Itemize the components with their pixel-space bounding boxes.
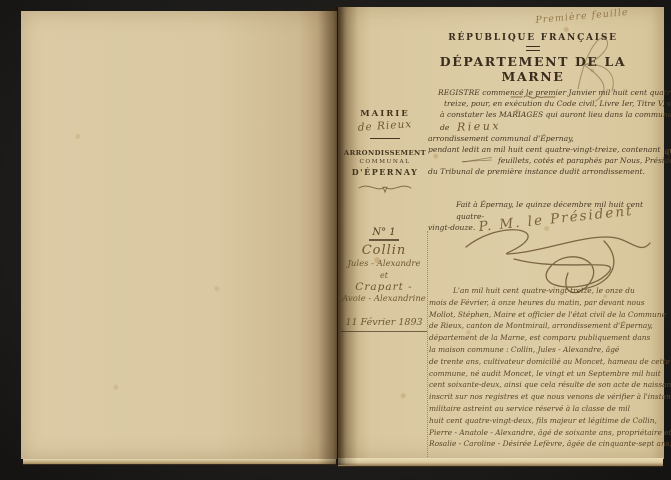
- act-line: huit cent quatre-vingt-deux, fils majeur…: [429, 415, 665, 427]
- form-contenant-text: pendant ledit an mil huit cent quatre-vi…: [428, 145, 660, 154]
- form-line-contenant: pendant ledit an mil huit cent quatre-vi…: [428, 144, 666, 155]
- stamp-rule: [370, 138, 400, 139]
- register-opening-paragraph: REGISTRE commencé le premier Janvier mil…: [428, 87, 666, 178]
- margin-act-entry: N° 1 Collin Jules - Alexandre et Crapart…: [338, 227, 430, 332]
- marriage-act-text: L'an mil huit cent quatre-vingt-treize, …: [429, 285, 665, 450]
- handwritten-folio-count: quinze: [664, 142, 671, 157]
- act-line: de Rieux, canton de Montmirail, arrondis…: [429, 320, 665, 332]
- act-line: la maison commune : Collin, Jules - Alex…: [429, 344, 665, 356]
- conjunction-et: et: [338, 271, 430, 280]
- groom-given-names: Jules - Alexandre: [338, 259, 430, 269]
- stamp-arrondissement-label: ARRONDISSEMENT: [342, 149, 428, 157]
- form-line-commune: deRieux: [428, 121, 666, 133]
- handwritten-commune-name: Rieux: [457, 120, 501, 133]
- act-line: L'an mil huit cent quatre-vingt-treize, …: [429, 285, 665, 297]
- left-page-bottom-edge: [23, 459, 336, 465]
- margin-divider-rule: [427, 231, 428, 459]
- act-number-text: N° 1: [369, 227, 398, 241]
- stamp-handwritten-commune: de Rieux: [342, 117, 429, 135]
- crossed-out-word: [462, 157, 492, 165]
- right-page-bottom-edge: [338, 458, 663, 467]
- form-commune-prefix: de: [440, 123, 449, 132]
- form-line: REGISTRE commencé le premier Janvier mil…: [428, 87, 666, 98]
- president-signature-block: P. M. le Président: [456, 211, 656, 295]
- margin-entry-rule: [341, 331, 427, 332]
- groom-surname: Collin: [338, 243, 430, 258]
- act-line: commune, né audit Moncet, le vingt et un…: [429, 368, 665, 380]
- act-line: Rosalie - Caroline - Désirée Lefèvre, âg…: [429, 438, 665, 450]
- archival-top-note: Première feuille: [506, 4, 658, 28]
- act-line: inscrit sur nos registres et que nous ve…: [429, 391, 665, 403]
- act-line: Mollot, Stéphen, Maire et officier de l'…: [429, 309, 665, 321]
- bride-given-names: Avoie - Alexandrine: [338, 294, 430, 304]
- stamp-communal-label: COMMUNAL: [342, 159, 428, 165]
- register-scan: Première feuille RÉPUBLIQUE FRANÇAISE DÉ…: [0, 0, 671, 480]
- header-mini-rule: [526, 46, 540, 51]
- stamp-flourish: [342, 180, 428, 199]
- department-title: DÉPARTEMENT DE LA MARNE: [408, 54, 658, 84]
- mairie-stamp: MAIRIE de Rieux ARRONDISSEMENT COMMUNAL …: [342, 109, 428, 199]
- form-line: treize, pour, en exécution du Code civil…: [428, 98, 666, 109]
- act-line: mois de Février, à onze heures du matin,…: [429, 297, 665, 309]
- stamp-epernay-label: D'ÉPERNAY: [342, 167, 428, 177]
- act-number: N° 1: [338, 227, 430, 241]
- act-line: militaire astreint au service réservé à …: [429, 403, 665, 415]
- act-line: cent soixante-deux, ainsi que cela résul…: [429, 379, 665, 391]
- right-page: Première feuille RÉPUBLIQUE FRANÇAISE DÉ…: [338, 7, 664, 459]
- form-line-feuillets: feuillets, cotés et paraphés par Nous, P…: [428, 155, 666, 166]
- form-feuillets-text: feuillets, cotés et paraphés par Nous, P…: [498, 156, 671, 165]
- republic-title: RÉPUBLIQUE FRANÇAISE: [408, 33, 658, 43]
- act-line: département de la Marne, est comparu pub…: [429, 332, 665, 344]
- form-line: à constater les MARIAGES qui auront lieu…: [428, 109, 666, 120]
- left-page-blank: [21, 11, 337, 459]
- bride-surname: Crapart -: [338, 281, 430, 293]
- form-line: du Tribunal de première instance dudit a…: [428, 166, 666, 177]
- act-line: de trente ans, cultivateur domicilié au …: [429, 356, 665, 368]
- act-date: 11 Février 1893: [338, 317, 430, 328]
- act-line: Pierre - Anatole - Alexandre, âgé de soi…: [429, 427, 665, 439]
- form-line: arrondissement communal d'Épernay,: [428, 133, 666, 144]
